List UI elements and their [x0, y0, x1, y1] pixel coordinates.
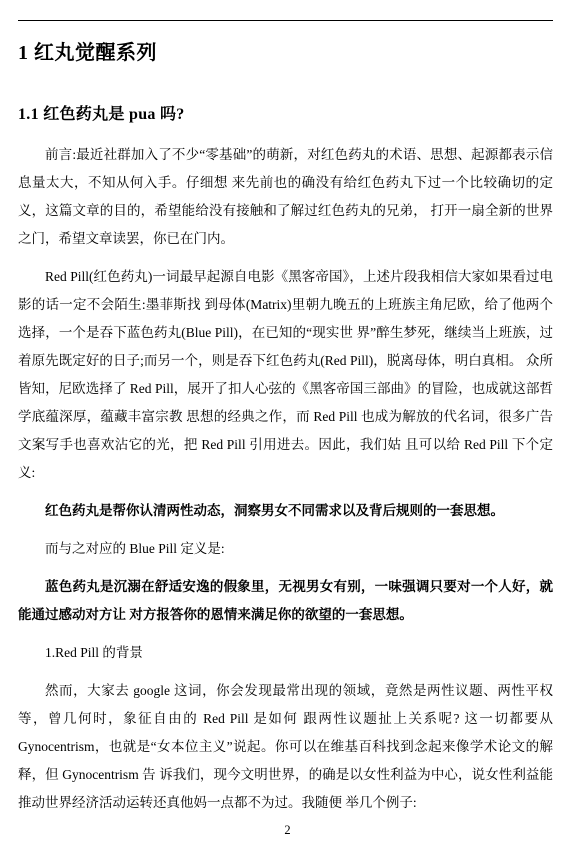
blue-pill-definition: 蓝色药丸是沉溺在舒适安逸的假象里，无视男女有别，一味强调只要对一个人好，就能通过…	[18, 573, 553, 629]
red-pill-definition: 红色药丸是帮你认清两性动态，洞察男女不同需求以及背后规则的一套思想。	[18, 497, 553, 525]
red-pill-origin-paragraph: Red Pill(红色药丸)一词最早起源自电影《黑客帝国》，上述片段我相信大家如…	[18, 263, 553, 487]
document-body: 前言:最近社群加入了不少“零基础”的萌新，对红色药丸的术语、思想、起源都表示信息…	[18, 141, 553, 817]
subsection-heading: 1.1 红色药丸是 pua 吗?	[18, 101, 553, 124]
gynocentrism-paragraph: 然而，大家去 google 这词，你会发现最常出现的领域，竟然是两性议题、两性平…	[18, 677, 553, 817]
blue-pill-definition-intro: 而与之对应的 Blue Pill 定义是:	[18, 535, 553, 563]
document-page: 1 红丸觉醒系列 1.1 红色药丸是 pua 吗? 前言:最近社群加入了不少“零…	[0, 0, 575, 845]
red-pill-background-heading: 1.Red Pill 的背景	[18, 639, 553, 667]
section-heading: 1 红丸觉醒系列	[18, 36, 553, 65]
page-number: 2	[0, 823, 575, 838]
preface-paragraph: 前言:最近社群加入了不少“零基础”的萌新，对红色药丸的术语、思想、起源都表示信息…	[18, 141, 553, 253]
header-rule	[18, 20, 553, 21]
